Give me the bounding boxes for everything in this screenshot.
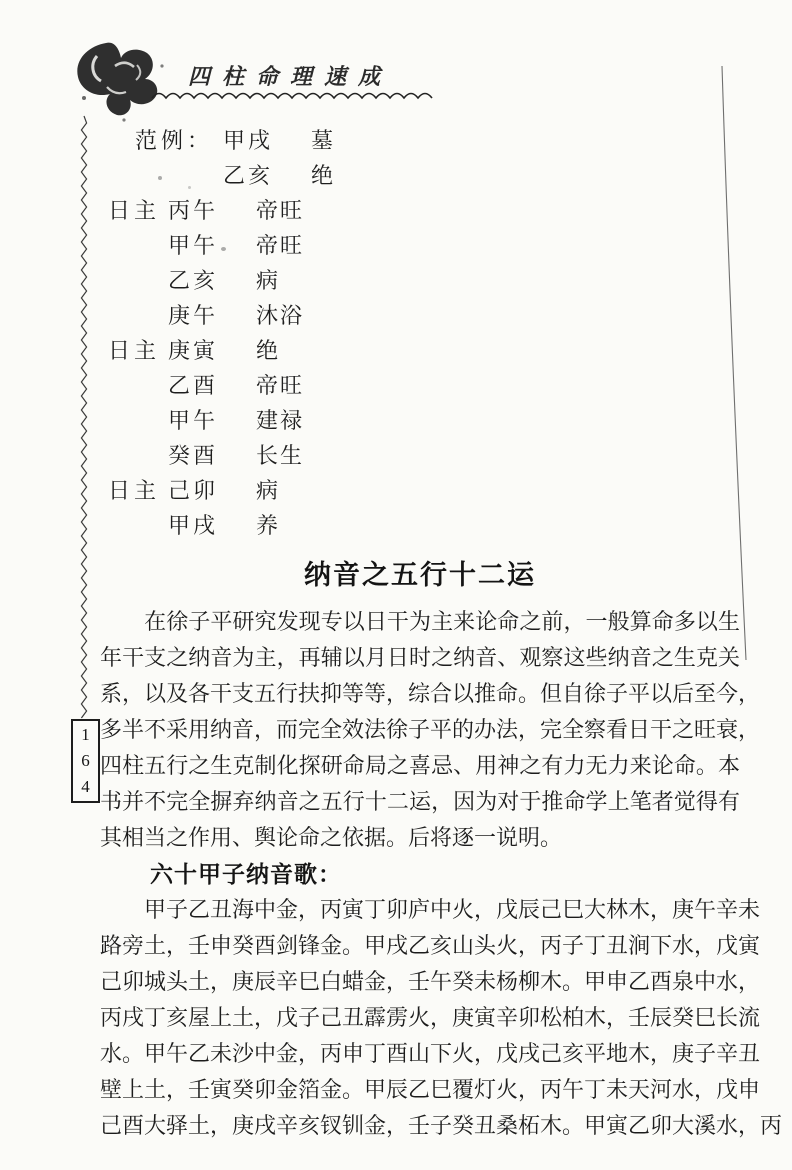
row-label: 日主 — [100, 334, 168, 365]
row-state: 帝旺 — [256, 194, 366, 225]
book-title: 四柱命理速成 — [188, 60, 392, 91]
text-line: 其相当之作用、舆论命之依据。后将逐一说明。 — [100, 820, 740, 856]
text-line: 年干支之纳音为主，再辅以月日时之纳音、观察这些纳音之生克关 — [100, 640, 740, 676]
row-ganzhi: 甲午 — [168, 404, 256, 435]
table-row: 甲午 建禄 — [100, 402, 530, 437]
section-title: 纳音之五行十二运 — [100, 558, 740, 592]
text-line: 丙戌丁亥屋上土，戊子己丑霹雳火，庚寅辛卯松柏木，壬辰癸巳长流 — [100, 1000, 740, 1036]
row-ganzhi: 乙亥 — [223, 159, 311, 190]
page-number-digit: 4 — [81, 774, 90, 800]
row-ganzhi: 乙酉 — [168, 369, 256, 400]
row-ganzhi: 庚午 — [168, 299, 256, 330]
row-ganzhi: 丙午 — [168, 194, 256, 225]
table-row: 庚午 沐浴 — [100, 297, 530, 332]
row-ganzhi: 己卯 — [168, 474, 256, 505]
text-line: 书并不完全摒弃纳音之五行十二运，因为对于推命学上笔者觉得有 — [100, 784, 740, 820]
row-ganzhi: 乙亥 — [168, 264, 256, 295]
scan-speck — [158, 176, 162, 180]
text-line: 己卯城头土，庚辰辛巳白蜡金，壬午癸未杨柳木。甲申乙酉泉中水， — [100, 964, 740, 1000]
page-number-digit: 6 — [81, 748, 90, 774]
text-line: 壁上土，壬寅癸卯金箔金。甲辰乙巳覆灯火，丙午丁未天河水，戊申 — [100, 1072, 740, 1108]
scanned-book-page: 四柱命理速成 1 6 4 范例： 甲戌 墓 乙亥 绝 日主 丙午 帝旺 甲午 帝… — [0, 0, 792, 1170]
row-state: 帝旺 — [256, 229, 366, 260]
table-row: 乙亥 病 — [100, 262, 530, 297]
row-ganzhi: 甲戌 — [168, 509, 256, 540]
row-label: 日主 — [100, 474, 168, 505]
table-row: 日主 丙午 帝旺 — [100, 192, 530, 227]
row-state: 病 — [256, 474, 366, 505]
text-line: 路旁土，壬申癸酉剑锋金。甲戌乙亥山头火，丙子丁丑涧下水，戊寅 — [100, 928, 740, 964]
row-state: 帝旺 — [256, 369, 366, 400]
text-line: 多半不采用纳音，而完全效法徐子平的办法，完全察看日干之旺衰， — [100, 712, 740, 748]
row-state: 沐浴 — [256, 299, 366, 330]
row-ganzhi: 庚寅 — [168, 334, 256, 365]
subhead-nayin-song: 六十甲子纳音歌： — [150, 856, 740, 892]
table-row: 日主 己卯 病 — [100, 472, 530, 507]
row-state: 长生 — [256, 439, 366, 470]
text-line: 系，以及各干支五行扶抑等等，综合以推命。但自徐子平以后至今， — [100, 676, 740, 712]
row-state: 建禄 — [256, 404, 366, 435]
left-zigzag-divider — [81, 116, 86, 718]
table-row: 日主 庚寅 绝 — [100, 332, 530, 367]
row-label: 范例： — [100, 124, 223, 155]
table-row: 范例： 甲戌 墓 — [100, 122, 530, 157]
text-line: 己酉大驿土，庚戌辛亥钗钏金，壬子癸丑桑柘木。甲寅乙卯大溪水，丙 — [100, 1108, 740, 1144]
scan-speck — [188, 186, 191, 189]
row-state: 墓 — [311, 124, 421, 155]
paragraph-nayin-intro: 在徐子平研究发现专以日干为主来论命之前，一般算命多以生 年干支之纳音为主，再辅以… — [100, 604, 740, 856]
row-ganzhi: 癸酉 — [168, 439, 256, 470]
row-label: 日主 — [100, 194, 168, 225]
text-line: 四柱五行之生克制化探研命局之喜忌、用神之有力无力来论命。本 — [100, 748, 740, 784]
text-line: 在徐子平研究发现专以日干为主来论命之前，一般算命多以生 — [100, 604, 740, 640]
table-row: 甲戌 养 — [100, 507, 530, 542]
main-text: 纳音之五行十二运 在徐子平研究发现专以日干为主来论命之前，一般算命多以生 年干支… — [100, 558, 740, 1144]
page-number-box: 1 6 4 — [71, 719, 100, 803]
scan-speck — [221, 247, 226, 251]
table-row: 乙酉 帝旺 — [100, 367, 530, 402]
text-line: 水。甲午乙未沙中金，丙申丁酉山下火，戊戌己亥平地木，庚子辛丑 — [100, 1036, 740, 1072]
table-row: 甲午 帝旺 — [100, 227, 530, 262]
row-ganzhi: 甲戌 — [223, 124, 311, 155]
paragraph-nayin-song: 甲子乙丑海中金，丙寅丁卯庐中火，戊辰己巳大林木，庚午辛未 路旁土，壬申癸酉剑锋金… — [100, 892, 740, 1144]
table-row: 癸酉 长生 — [100, 437, 530, 472]
example-table: 范例： 甲戌 墓 乙亥 绝 日主 丙午 帝旺 甲午 帝旺 乙亥 病 庚午 沐浴 … — [100, 122, 530, 542]
header-wave-divider — [152, 94, 432, 99]
row-state: 养 — [256, 509, 366, 540]
table-row: 乙亥 绝 — [100, 157, 530, 192]
row-ganzhi: 甲午 — [168, 229, 256, 260]
row-state: 病 — [256, 264, 366, 295]
text-line: 甲子乙丑海中金，丙寅丁卯庐中火，戊辰己巳大林木，庚午辛未 — [100, 892, 740, 928]
row-state: 绝 — [256, 334, 366, 365]
row-state: 绝 — [311, 159, 421, 190]
ink-stamp-icon — [66, 36, 186, 124]
page-number-digit: 1 — [81, 722, 90, 748]
